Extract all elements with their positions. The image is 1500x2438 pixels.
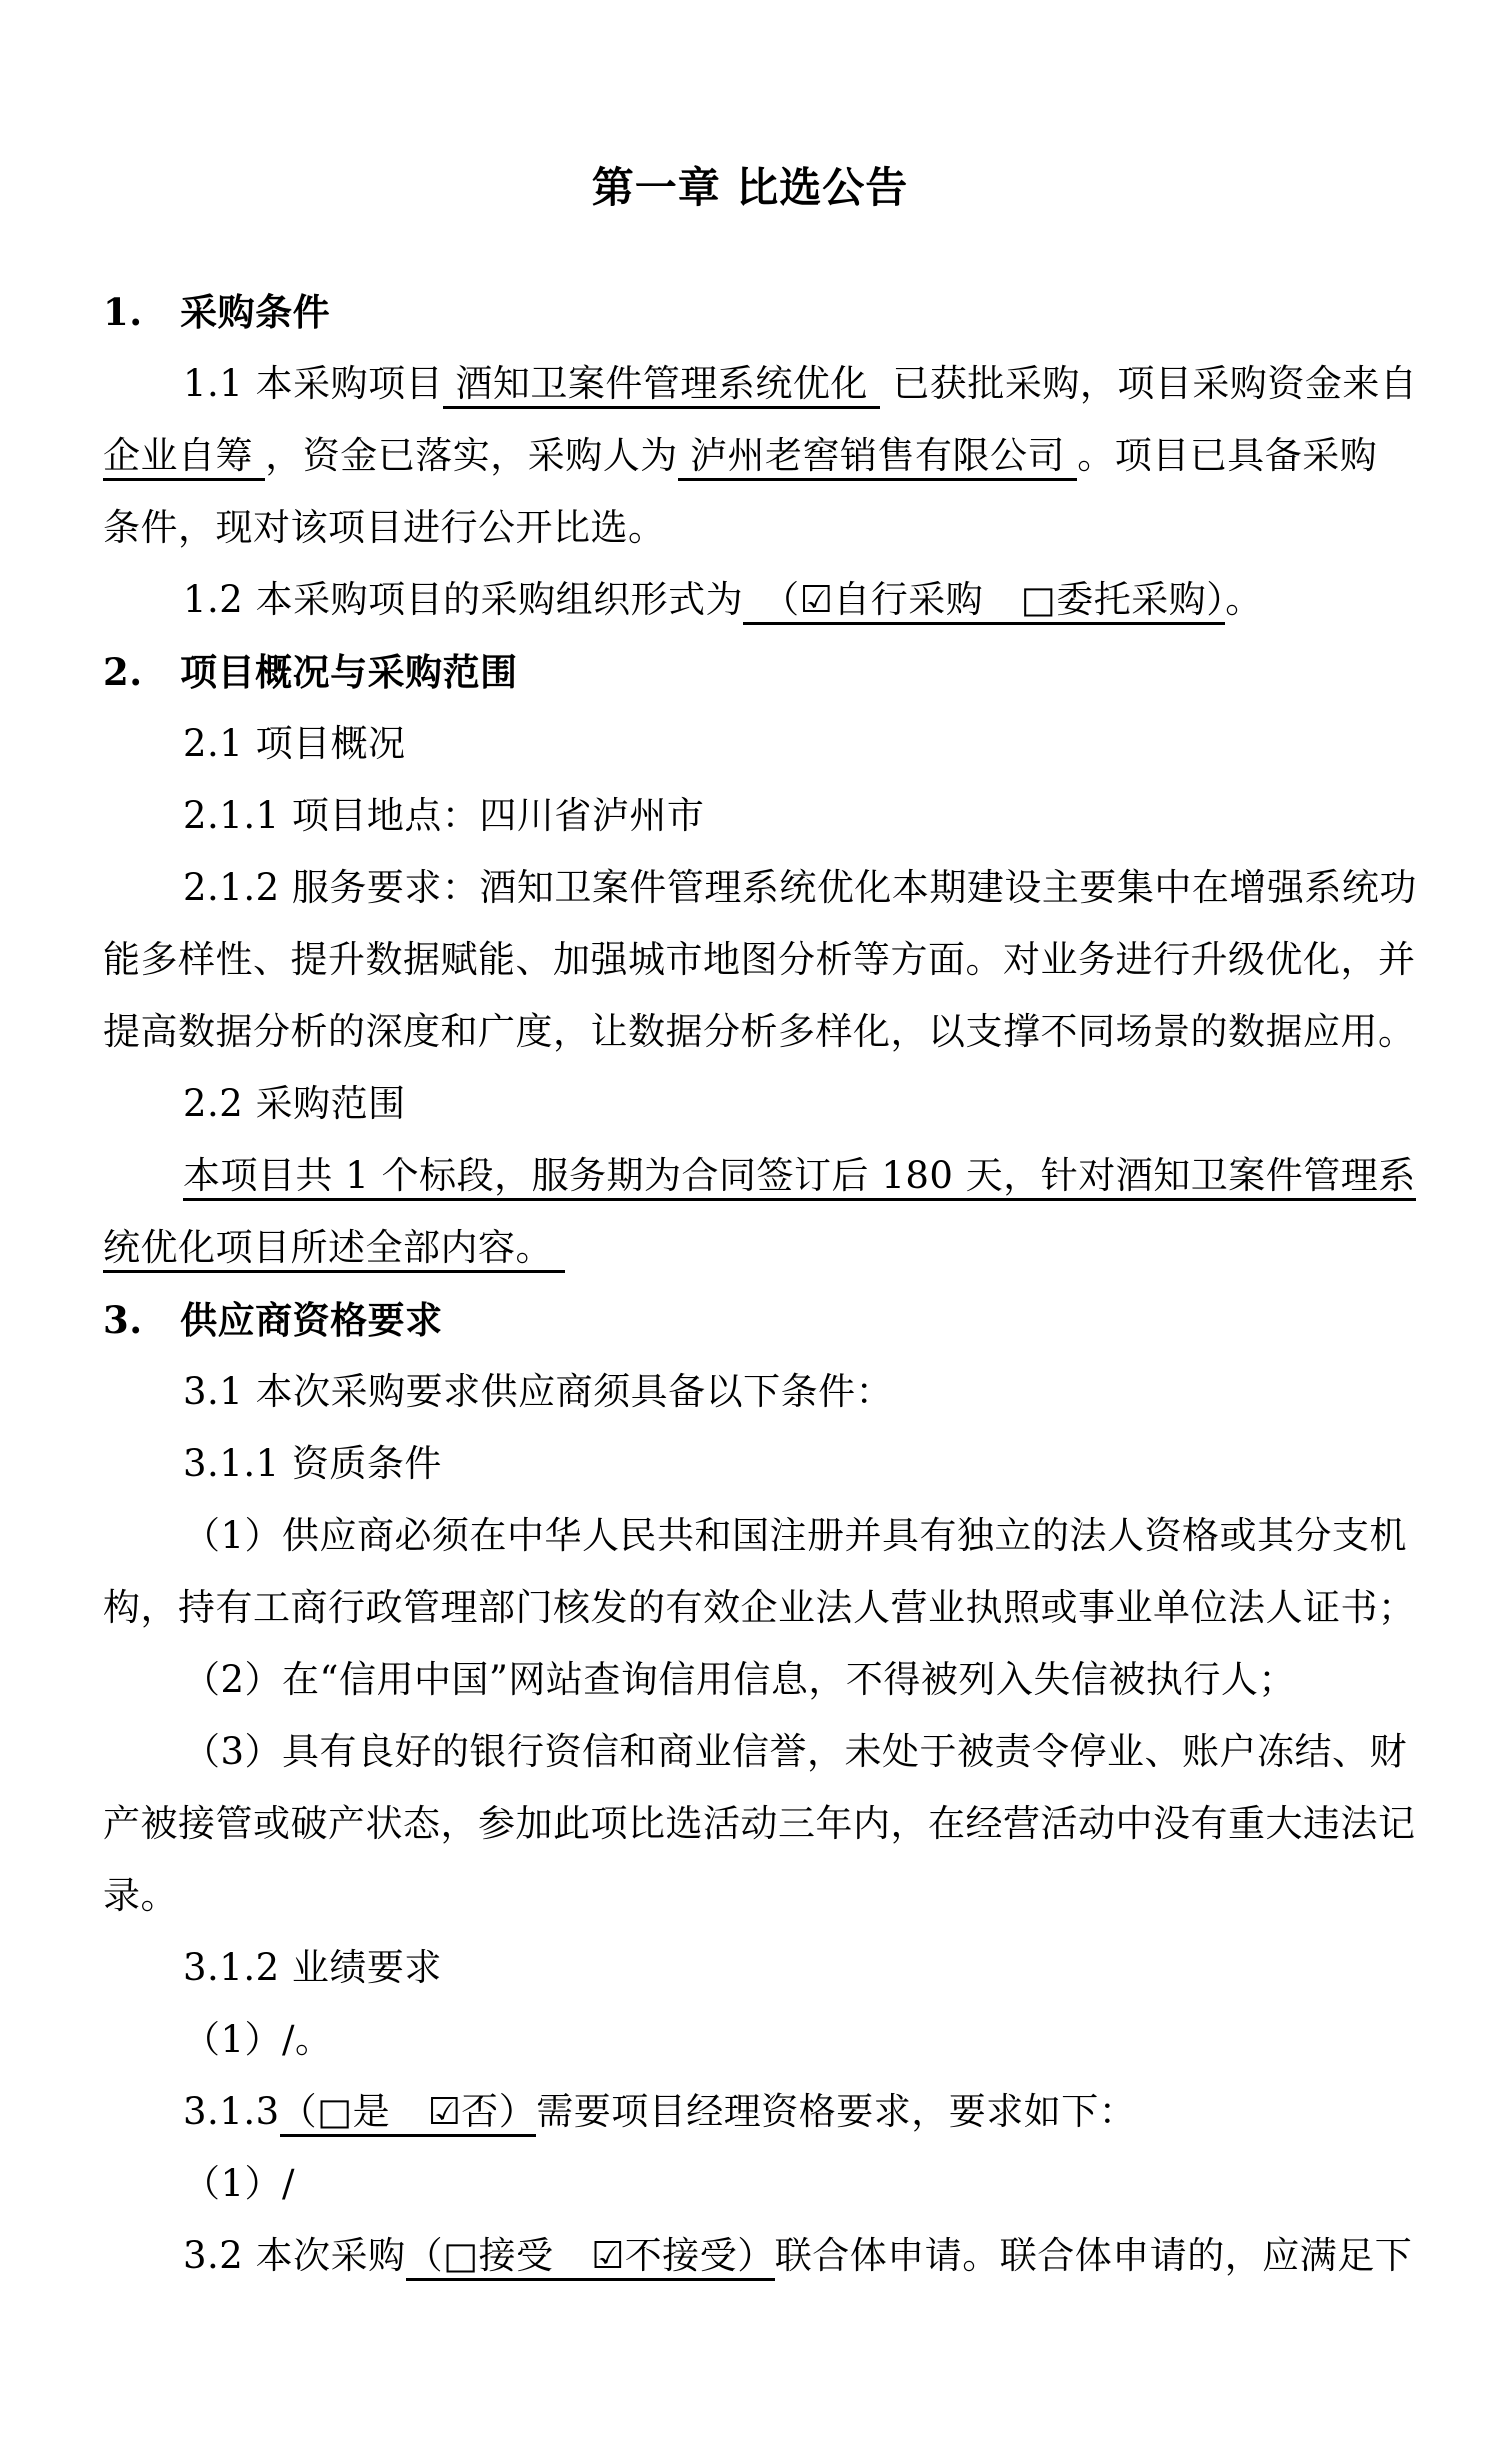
document-line: 3.1.3（□是 ☑否）需要项目经理资格要求，要求如下： (103, 2076, 1397, 2148)
document-line: 企业自筹 ，资金已落实，采购人为 泸州老窖销售有限公司 。项目已具备采购 (103, 420, 1397, 492)
document-line: 能多样性、提升数据赋能、加强城市地图分析等方面。对业务进行升级优化，并 (103, 924, 1397, 996)
text-segment: （3）具有良好的银行资信和商业信誉，未处于被责令停业、账户冻结、财 (183, 1730, 1407, 1773)
document-line: 3.1 本次采购要求供应商须具备以下条件： (103, 1356, 1397, 1428)
section-heading: 1. 采购条件 (103, 276, 1397, 348)
text-segment: 2.1 项目概况 (183, 722, 406, 765)
document-line: （1）/。 (103, 2004, 1397, 2076)
text-segment: 2.1.2 服务要求：酒知卫案件管理系统优化本期建设主要集中在增强系统功 (183, 866, 1417, 909)
underlined-fill-in-text: 酒知卫案件管理系统优化 (443, 362, 880, 409)
underlined-fill-in-text: 泸州老窖销售有限公司 (678, 434, 1078, 481)
underlined-fill-in-text: 统优化项目所述全部内容。 (103, 1226, 565, 1273)
text-segment: 2. 项目概况与采购范围 (103, 650, 518, 694)
document-line: 3.1.2 业绩要求 (103, 1932, 1397, 2004)
underlined-fill-in-text: （☑自行采购 □委托采购） (743, 578, 1225, 625)
document-line: （1）供应商必须在中华人民共和国注册并具有独立的法人资格或其分支机 (103, 1500, 1397, 1572)
text-segment: 。 (1225, 578, 1263, 621)
text-segment: 3. 供应商资格要求 (103, 1298, 443, 1342)
text-segment: 1. 采购条件 (103, 290, 330, 334)
text-segment: （1）/。 (183, 2018, 333, 2061)
text-segment: 需要项目经理资格要求，要求如下： (536, 2090, 1136, 2133)
document-page: 第一章 比选公告 1. 采购条件1.1 本采购项目 酒知卫案件管理系统优化 已获… (0, 0, 1500, 2438)
text-segment: ，资金已落实，采购人为 (265, 434, 678, 477)
text-segment: 产被接管或破产状态，参加此项比选活动三年内，在经营活动中没有重大违法记 (103, 1802, 1416, 1845)
document-line: 统优化项目所述全部内容。 (103, 1212, 1397, 1284)
underlined-fill-in-text: 企业自筹 (103, 434, 265, 481)
document-line: 录。 (103, 1860, 1397, 1932)
document-line: 3.2 本次采购（□接受 ☑不接受）联合体申请。联合体申请的，应满足下 (103, 2220, 1397, 2292)
underlined-fill-in-text: （□是 ☑否） (280, 2090, 537, 2137)
text-segment: 3.1.2 业绩要求 (183, 1946, 442, 1989)
document-line: 2.2 采购范围 (103, 1068, 1397, 1140)
document-line: 3.1.1 资质条件 (103, 1428, 1397, 1500)
document-title: 第一章 比选公告 (103, 158, 1397, 218)
document-line: （2）在“信用中国”网站查询信用信息，不得被列入失信被执行人； (103, 1644, 1397, 1716)
text-segment: 3.1.1 资质条件 (183, 1442, 442, 1485)
section-heading: 2. 项目概况与采购范围 (103, 636, 1397, 708)
text-segment: （2）在“信用中国”网站查询信用信息，不得被列入失信被执行人； (183, 1658, 1296, 1701)
text-segment: （1）/ (183, 2162, 295, 2205)
document-line: 条件，现对该项目进行公开比选。 (103, 492, 1397, 564)
text-segment: 联合体申请。联合体申请的，应满足下 (775, 2234, 1413, 2277)
section-heading: 3. 供应商资格要求 (103, 1284, 1397, 1356)
document-line: 1.2 本采购项目的采购组织形式为 （☑自行采购 □委托采购）。 (103, 564, 1397, 636)
text-segment: 2.1.1 项目地点：四川省泸州市 (183, 794, 704, 837)
document-line: （3）具有良好的银行资信和商业信誉，未处于被责令停业、账户冻结、财 (103, 1716, 1397, 1788)
text-segment: （1）供应商必须在中华人民共和国注册并具有独立的法人资格或其分支机 (183, 1514, 1407, 1557)
document-line: 2.1.2 服务要求：酒知卫案件管理系统优化本期建设主要集中在增强系统功 (103, 852, 1397, 924)
text-segment: 1.1 本采购项目 (183, 362, 443, 405)
document-line: 本项目共 1 个标段，服务期为合同签订后 180 天，针对酒知卫案件管理系 (103, 1140, 1397, 1212)
document-line: 1.1 本采购项目 酒知卫案件管理系统优化 已获批采购，项目采购资金来自 (103, 348, 1397, 420)
text-segment: 提高数据分析的深度和广度，让数据分析多样化，以支撑不同场景的数据应用。 (103, 1010, 1416, 1053)
text-segment: 3.1.3 (183, 2090, 280, 2133)
document-line: （1）/ (103, 2148, 1397, 2220)
document-line: 2.1.1 项目地点：四川省泸州市 (103, 780, 1397, 852)
document-body: 1. 采购条件1.1 本采购项目 酒知卫案件管理系统优化 已获批采购，项目采购资… (103, 276, 1397, 2292)
document-line: 提高数据分析的深度和广度，让数据分析多样化，以支撑不同场景的数据应用。 (103, 996, 1397, 1068)
text-segment: 已获批采购，项目采购资金来自 (880, 362, 1417, 405)
text-segment: 条件，现对该项目进行公开比选。 (103, 506, 666, 549)
text-segment: 。项目已具备采购 (1077, 434, 1377, 477)
document-line: 构，持有工商行政管理部门核发的有效企业法人营业执照或事业单位法人证书； (103, 1572, 1397, 1644)
text-segment: 录。 (103, 1874, 178, 1917)
text-segment: 3.2 本次采购 (183, 2234, 406, 2277)
text-segment: 3.1 本次采购要求供应商须具备以下条件： (183, 1370, 893, 1413)
text-segment: 构，持有工商行政管理部门核发的有效企业法人营业执照或事业单位法人证书； (103, 1586, 1416, 1629)
document-line: 产被接管或破产状态，参加此项比选活动三年内，在经营活动中没有重大违法记 (103, 1788, 1397, 1860)
text-segment: 能多样性、提升数据赋能、加强城市地图分析等方面。对业务进行升级优化，并 (103, 938, 1416, 981)
underlined-fill-in-text: （□接受 ☑不接受） (406, 2234, 775, 2281)
text-segment: 1.2 本采购项目的采购组织形式为 (183, 578, 743, 621)
text-segment: 2.2 采购范围 (183, 1082, 406, 1125)
document-line: 2.1 项目概况 (103, 708, 1397, 780)
underlined-fill-in-text: 本项目共 1 个标段，服务期为合同签订后 180 天，针对酒知卫案件管理系 (183, 1154, 1416, 1201)
